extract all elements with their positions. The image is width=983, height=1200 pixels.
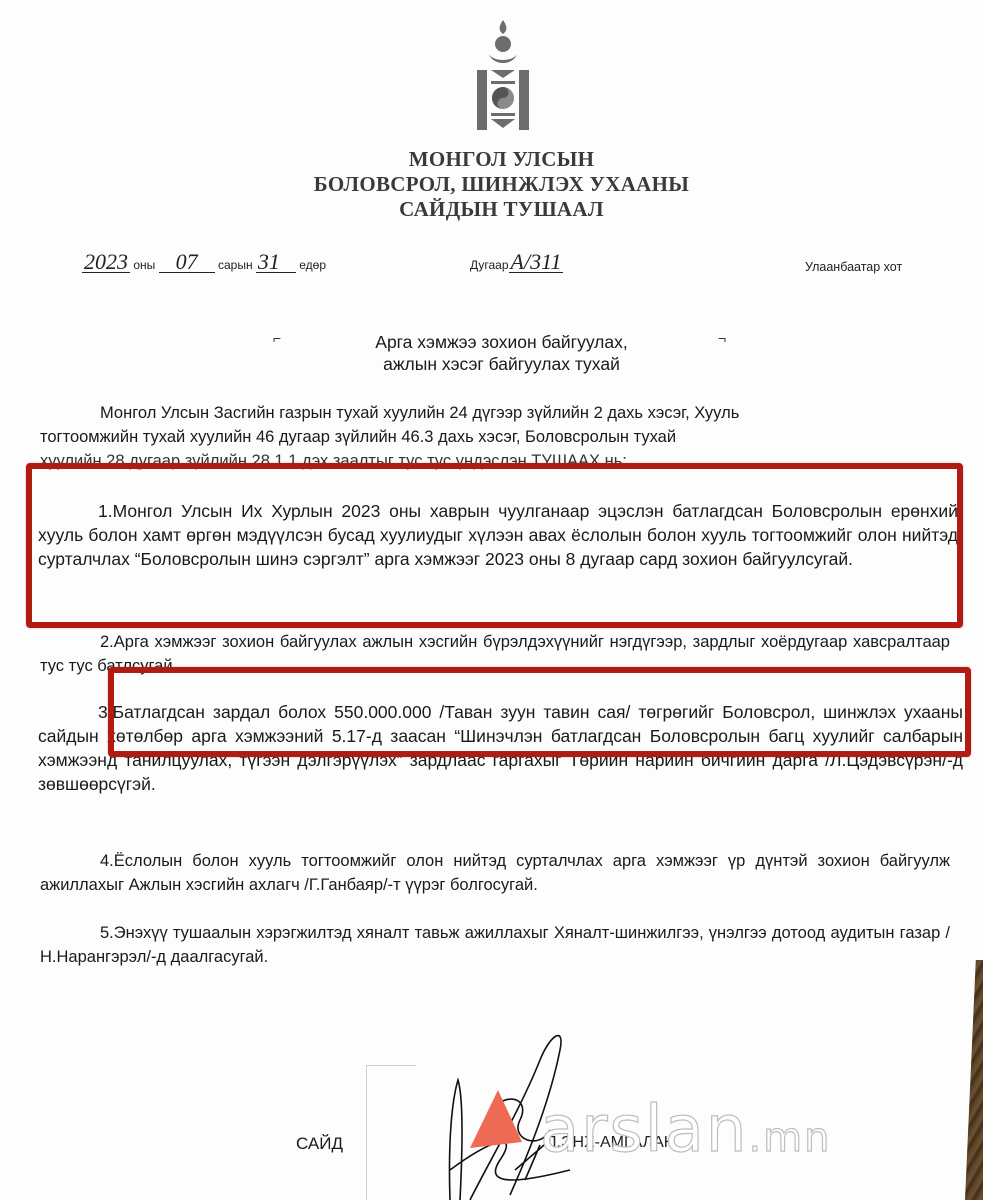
order-date: 2023 оны 07 сарын 31 едөр <box>82 252 326 273</box>
intro-line-1: Монгол Улсын Засгийн газрын тухай хуулий… <box>100 404 739 422</box>
date-year-suffix: оны <box>133 258 155 272</box>
header-line-3: САЙДЫН ТУШААЛ <box>0 197 983 222</box>
order-number-label: Дугаар <box>470 258 509 272</box>
date-day: 31 <box>256 252 296 273</box>
highlight-box-item-3 <box>108 667 971 757</box>
header-line-1: МОНГОЛ УЛСЫН <box>0 147 983 172</box>
soyombo-emblem-icon <box>473 18 533 133</box>
order-subject: Арга хэмжээ зохион байгуулах, ажлын хэсэ… <box>0 331 983 375</box>
header-line-2: БОЛОВСРОЛ, ШИНЖЛЭХ УХААНЫ <box>0 172 983 197</box>
highlight-box-item-1 <box>26 463 963 628</box>
date-month: 07 <box>159 252 215 273</box>
watermark-logo-triangle-icon <box>470 1090 522 1150</box>
stamp-border <box>366 1065 367 1200</box>
order-item-4: 4.Ёслолын болон хууль тогтоомжийг олон н… <box>40 849 950 897</box>
date-day-suffix: едөр <box>299 258 326 272</box>
order-number: ДугаарА/311 <box>470 252 563 273</box>
subject-line-2: ажлын хэсэг байгуулах тухай <box>0 353 983 375</box>
intro-line-2: тогтоомжийн тухай хуулийн 46 дугаар зүйл… <box>40 425 940 449</box>
city: Улаанбаатар хот <box>805 260 902 274</box>
date-month-suffix: сарын <box>218 258 253 272</box>
document-page: МОНГОЛ УЛСЫН БОЛОВСРОЛ, ШИНЖЛЭХ УХААНЫ С… <box>0 0 983 1200</box>
watermark: arslan.mn <box>470 1090 950 1170</box>
signatory-title: САЙД <box>296 1134 343 1154</box>
background-wood-edge <box>965 960 983 1200</box>
watermark-text: arslan.mn <box>540 1090 831 1178</box>
date-year: 2023 <box>82 252 130 273</box>
stamp-border <box>366 1065 416 1066</box>
order-number-value: А/311 <box>509 252 564 273</box>
subject-line-1: Арга хэмжээ зохион байгуулах, <box>0 331 983 353</box>
order-item-5: 5.Энэхүү тушаалын хэрэгжилтэд хяналт тав… <box>40 921 950 969</box>
